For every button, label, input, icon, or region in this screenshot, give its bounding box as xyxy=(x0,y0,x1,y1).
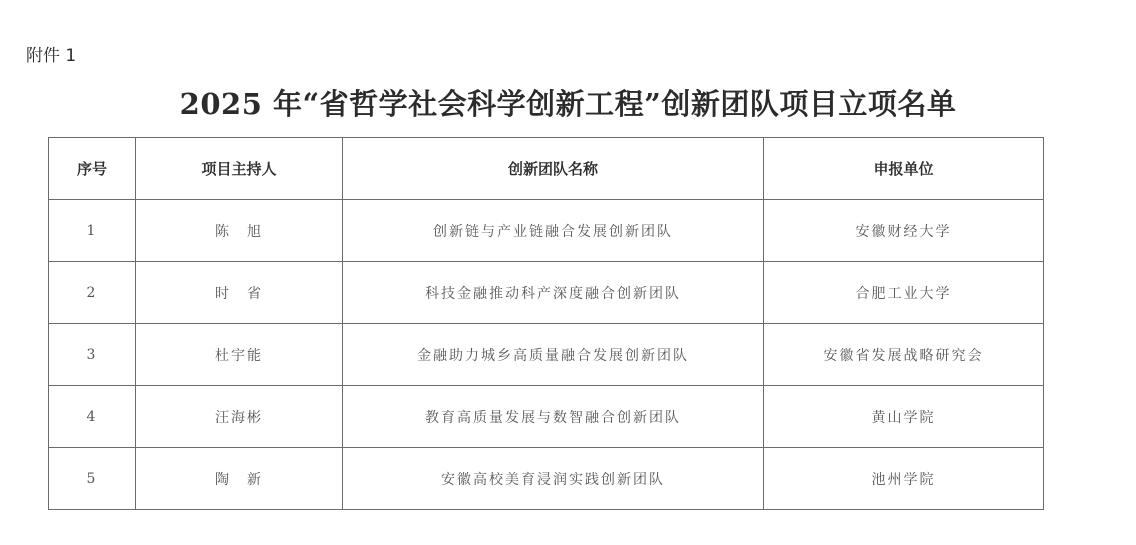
table-row: 5 陶 新 安徽高校美育浸润实践创新团队 池州学院 xyxy=(49,448,1044,510)
header-unit: 申报单位 xyxy=(764,138,1044,200)
row-unit: 黄山学院 xyxy=(764,386,1044,448)
row-leader: 时 省 xyxy=(136,262,343,324)
row-unit: 安徽省发展战略研究会 xyxy=(764,324,1044,386)
row-index: 1 xyxy=(49,200,136,262)
row-unit: 池州学院 xyxy=(764,448,1044,510)
row-team-name: 创新链与产业链融合发展创新团队 xyxy=(343,200,764,262)
row-leader: 陈 旭 xyxy=(136,200,343,262)
row-leader: 陶 新 xyxy=(136,448,343,510)
row-team-name: 金融助力城乡高质量融合发展创新团队 xyxy=(343,324,764,386)
row-unit: 合肥工业大学 xyxy=(764,262,1044,324)
header-leader: 项目主持人 xyxy=(136,138,343,200)
table-row: 1 陈 旭 创新链与产业链融合发展创新团队 安徽财经大学 xyxy=(49,200,1044,262)
header-team-name: 创新团队名称 xyxy=(343,138,764,200)
row-team-name: 安徽高校美育浸润实践创新团队 xyxy=(343,448,764,510)
attachment-label: 附件 1 xyxy=(26,41,76,66)
row-index: 2 xyxy=(49,262,136,324)
row-leader: 杜宇能 xyxy=(136,324,343,386)
table-row: 4 汪海彬 教育高质量发展与数智融合创新团队 黄山学院 xyxy=(49,386,1044,448)
row-unit: 安徽财经大学 xyxy=(764,200,1044,262)
row-leader: 汪海彬 xyxy=(136,386,343,448)
row-team-name: 科技金融推动科产深度融合创新团队 xyxy=(343,262,764,324)
project-list-table: 序号 项目主持人 创新团队名称 申报单位 1 陈 旭 创新链与产业链融合发展创新… xyxy=(48,137,1044,510)
row-index: 5 xyxy=(49,448,136,510)
row-index: 3 xyxy=(49,324,136,386)
row-team-name: 教育高质量发展与数智融合创新团队 xyxy=(343,386,764,448)
page-title: 2025 年“省哲学社会科学创新工程”创新团队项目立项名单 xyxy=(0,82,1136,123)
header-index: 序号 xyxy=(49,138,136,200)
row-index: 4 xyxy=(49,386,136,448)
table-header-row: 序号 项目主持人 创新团队名称 申报单位 xyxy=(49,138,1044,200)
table-row: 3 杜宇能 金融助力城乡高质量融合发展创新团队 安徽省发展战略研究会 xyxy=(49,324,1044,386)
table-row: 2 时 省 科技金融推动科产深度融合创新团队 合肥工业大学 xyxy=(49,262,1044,324)
